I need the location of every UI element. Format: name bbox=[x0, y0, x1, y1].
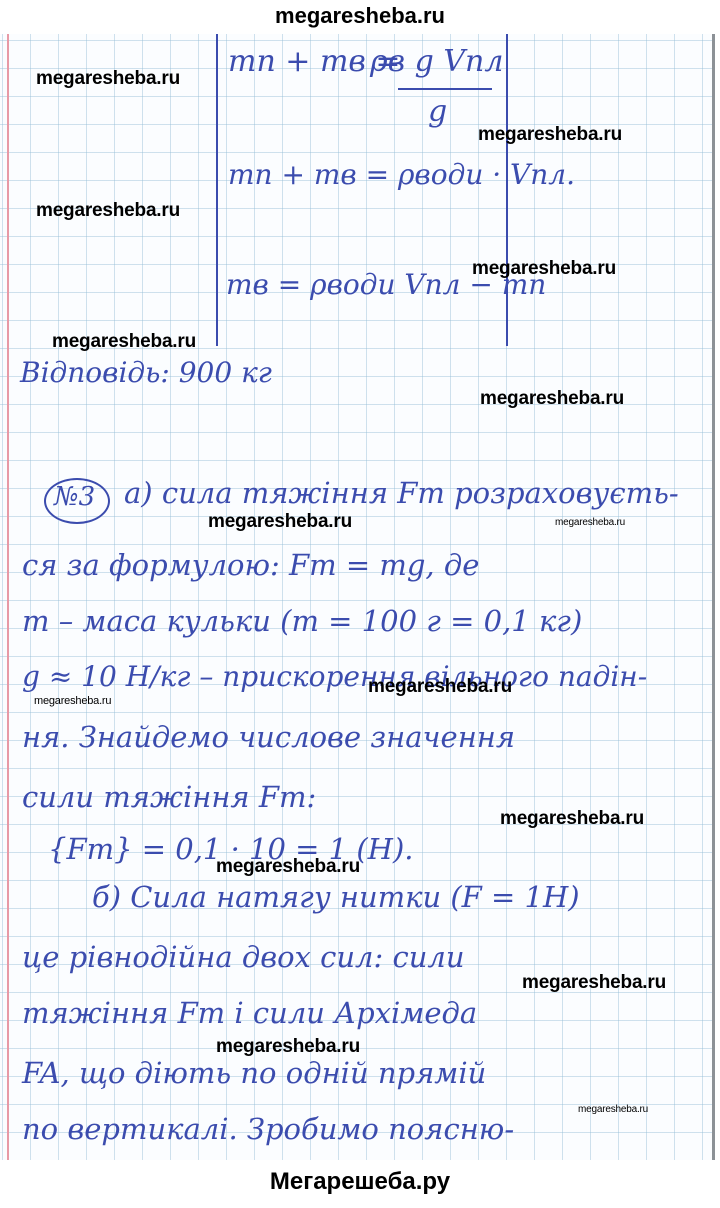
formula-line-1-denominator: g bbox=[428, 94, 447, 129]
formula-line-2: mп + mв = ρводи · Vпл. bbox=[228, 158, 575, 191]
watermark: megaresheba.ru bbox=[208, 511, 352, 533]
watermark: megaresheba.ru bbox=[478, 124, 622, 146]
text-line-6: сили тяжіння Fт: bbox=[22, 780, 316, 814]
formula-bracket-left bbox=[216, 34, 218, 346]
text-line-12: по вертикалі. Зробимо поясню- bbox=[22, 1112, 514, 1146]
margin-line bbox=[7, 34, 9, 1160]
text-line-8: б) Сила натягу нитки (F = 1Н) bbox=[92, 880, 580, 914]
watermark: megaresheba.ru bbox=[522, 972, 666, 994]
watermark: megaresheba.ru bbox=[500, 808, 644, 830]
watermark: megaresheba.ru bbox=[216, 1036, 360, 1058]
answer: Відповідь: 900 кг bbox=[20, 356, 272, 389]
text-line-3: m – маса кульки (m = 100 г = 0,1 кг) bbox=[22, 604, 582, 638]
text-line-5: ня. Знайдемо числове значення bbox=[22, 720, 515, 754]
text-line-4: g ≈ 10 Н/кг – прискорення вільного падін… bbox=[22, 660, 647, 693]
watermark: megaresheba.ru bbox=[578, 1104, 648, 1115]
watermark: megaresheba.ru bbox=[34, 695, 111, 707]
watermark: megaresheba.ru bbox=[216, 856, 360, 878]
watermark: megaresheba.ru bbox=[472, 258, 616, 280]
fraction-bar bbox=[398, 88, 492, 90]
watermark: megaresheba.ru bbox=[368, 676, 512, 698]
formula-line-1-numerator: ρв g Vпл bbox=[370, 44, 503, 79]
watermark: megaresheba.ru bbox=[480, 388, 624, 410]
watermark: megaresheba.ru bbox=[36, 200, 180, 222]
problem-number: №3 bbox=[54, 482, 95, 512]
text-line-9: це рівнодійна двох сил: сили bbox=[22, 940, 465, 974]
footer-watermark: Мегарешеба.ру bbox=[0, 1160, 720, 1208]
text-line-1: а) сила тяжіння Fт розраховуєть- bbox=[124, 476, 679, 510]
watermark: megaresheba.ru bbox=[52, 331, 196, 353]
page-edge bbox=[712, 34, 715, 1160]
watermark: megaresheba.ru bbox=[36, 68, 180, 90]
text-line-11: FA, що діють по одній прямій bbox=[22, 1056, 486, 1090]
header-watermark: megaresheba.ru bbox=[0, 0, 720, 34]
watermark: megaresheba.ru bbox=[555, 517, 625, 528]
text-line-10: тяжіння Fт і сили Архімеда bbox=[22, 996, 477, 1030]
text-line-2: ся за формулою: Fт = mg, де bbox=[22, 548, 479, 582]
